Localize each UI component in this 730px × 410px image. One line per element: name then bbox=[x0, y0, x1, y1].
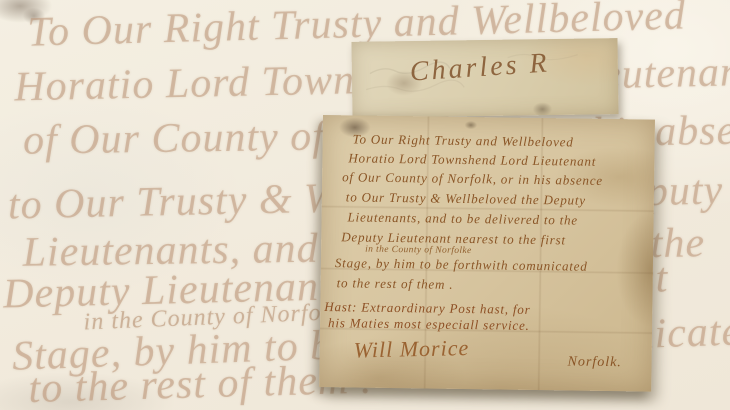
secretary-signature: Will Morice bbox=[353, 335, 469, 363]
document-photograph: To Our Right Trusty and Wellbeloved Hora… bbox=[0, 0, 730, 410]
address-line: to Our Trusty & Wellbeloved the Deputy bbox=[346, 189, 586, 208]
interline-note: in the County of Norfolke bbox=[365, 245, 472, 256]
letter-back-panel: Charles R bbox=[351, 38, 618, 118]
address-line: of Our County of Norfolk, or in his abse… bbox=[342, 169, 603, 189]
county-docket: Norfolk. bbox=[567, 354, 621, 371]
letter-address-panel: To Our Right Trusty and Wellbeloved Hora… bbox=[319, 115, 655, 392]
address-line: Horatio Lord Townshend Lord Lieutenant bbox=[348, 150, 596, 169]
address-line: Lieutenants, and to be delivered to the bbox=[347, 209, 578, 228]
haste-endorsement-line: his Maties most especiall service. bbox=[328, 315, 530, 334]
address-line: to the rest of them . bbox=[337, 275, 454, 293]
address-line: Stage, by him to be forthwith comunicate… bbox=[335, 255, 588, 275]
address-line: To Our Right Trusty and Wellbeloved bbox=[353, 131, 574, 150]
